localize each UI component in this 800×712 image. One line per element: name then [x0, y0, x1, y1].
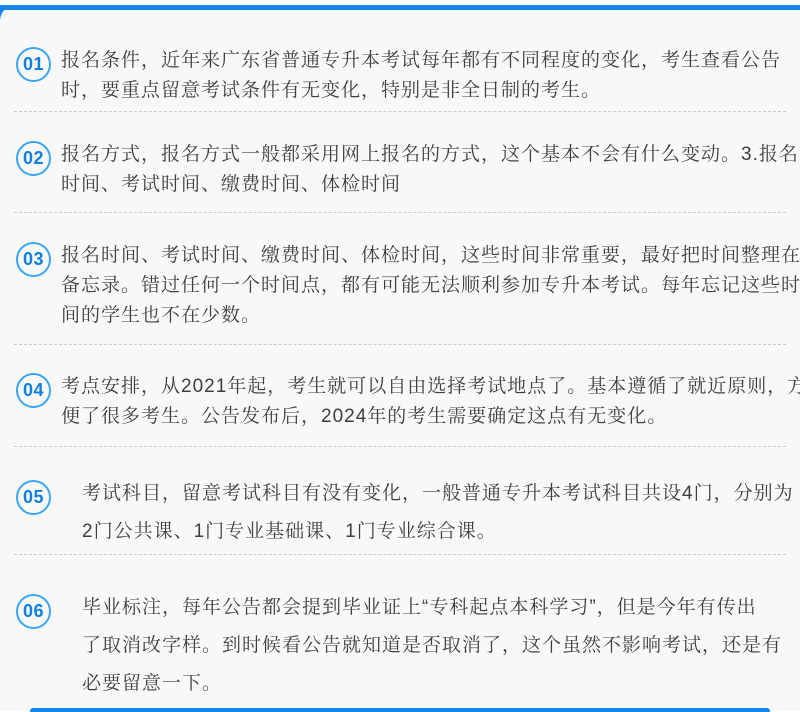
item-text-line: 考点安排，从2021年起，考生就可以自由选择考试地点了。基本遵循了就近原则，方	[61, 372, 800, 402]
item-number-badge: 04	[16, 373, 51, 408]
checklist: 01 报名条件，近年来广东省普通专升本考试每年都有不同程度的变化，考生查看公告时…	[0, 29, 800, 711]
bottom-accent-bar	[30, 708, 770, 712]
item-number: 03	[23, 249, 44, 270]
item-text: 考点安排，从2021年起，考生就可以自由选择考试地点了。基本遵循了就近原则，方便…	[61, 372, 800, 432]
item-text-line: 间的学生也不在少数。	[61, 301, 800, 331]
item-text-line: 报名条件，近年来广东省普通专升本考试每年都有不同程度的变化，考生查看公告	[61, 46, 781, 76]
list-item: 04 考点安排，从2021年起，考生就可以自由选择考试地点了。基本遵循了就近原则…	[0, 345, 800, 446]
item-number: 02	[23, 148, 44, 169]
item-text-line: 备忘录。错过任何一个时间点，都有可能无法顺利参加专升本考试。每年忘记这些时	[61, 271, 800, 301]
top-accent-bar	[0, 5, 800, 10]
list-item: 03 报名时间、考试时间、缴费时间、体检时间，这些时间非常重要，最好把时间整理在…	[0, 213, 800, 344]
item-number: 06	[23, 601, 44, 622]
item-number-badge: 05	[16, 480, 51, 515]
item-number-badge: 01	[16, 47, 51, 82]
item-text-line: 报名时间、考试时间、缴费时间、体检时间，这些时间非常重要，最好把时间整理在	[61, 241, 800, 271]
item-number: 04	[23, 380, 44, 401]
item-text-line: 毕业标注，每年公告都会提到毕业证上“专科起点本科学习”，但是今年有传出	[82, 589, 782, 627]
item-text: 报名时间、考试时间、缴费时间、体检时间，这些时间非常重要，最好把时间整理在备忘录…	[61, 241, 800, 331]
item-text-line: 便了很多考生。公告发布后，2024年的考生需要确定这点有无变化。	[61, 402, 800, 432]
list-item: 02 报名方式，报名方式一般都采用网上报名的方式，这个基本不会有什么变动。3.报…	[0, 112, 800, 212]
item-number: 01	[23, 54, 44, 75]
list-item: 05 考试科目，留意考试科目有没有变化，一般普通专升本考试科目共设4门，分别为2…	[0, 447, 800, 554]
item-text: 报名条件，近年来广东省普通专升本考试每年都有不同程度的变化，考生查看公告时，要重…	[61, 46, 781, 106]
content-card: 01 报名条件，近年来广东省普通专升本考试每年都有不同程度的变化，考生查看公告时…	[0, 5, 800, 711]
item-text-line: 2门公共课、1门专业基础课、1门专业综合课。	[82, 513, 794, 551]
item-number-badge: 02	[16, 141, 51, 176]
item-text-line: 时间、考试时间、缴费时间、体检时间	[61, 170, 799, 200]
list-item: 06 毕业标注，每年公告都会提到毕业证上“专科起点本科学习”，但是今年有传出了取…	[0, 555, 800, 711]
item-text: 毕业标注，每年公告都会提到毕业证上“专科起点本科学习”，但是今年有传出了取消改字…	[61, 589, 782, 703]
item-text-line: 了取消改字样。到时候看公告就知道是否取消了，这个虽然不影响考试，还是有	[82, 627, 782, 665]
item-text-line: 必要留意一下。	[82, 665, 782, 703]
item-number: 05	[23, 487, 44, 508]
item-number-badge: 06	[16, 594, 51, 629]
item-text-line: 考试科目，留意考试科目有没有变化，一般普通专升本考试科目共设4门，分别为	[82, 475, 794, 513]
item-text: 报名方式，报名方式一般都采用网上报名的方式，这个基本不会有什么变动。3.报名时间…	[61, 140, 799, 200]
item-text-line: 报名方式，报名方式一般都采用网上报名的方式，这个基本不会有什么变动。3.报名	[61, 140, 799, 170]
item-text: 考试科目，留意考试科目有没有变化，一般普通专升本考试科目共设4门，分别为2门公共…	[61, 475, 794, 551]
item-number-badge: 03	[16, 242, 51, 277]
list-item: 01 报名条件，近年来广东省普通专升本考试每年都有不同程度的变化，考生查看公告时…	[0, 29, 800, 111]
item-text-line: 时，要重点留意考试条件有无变化，特别是非全日制的考生。	[61, 76, 781, 106]
announcement-checklist-page: 01 报名条件，近年来广东省普通专升本考试每年都有不同程度的变化，考生查看公告时…	[0, 5, 800, 712]
